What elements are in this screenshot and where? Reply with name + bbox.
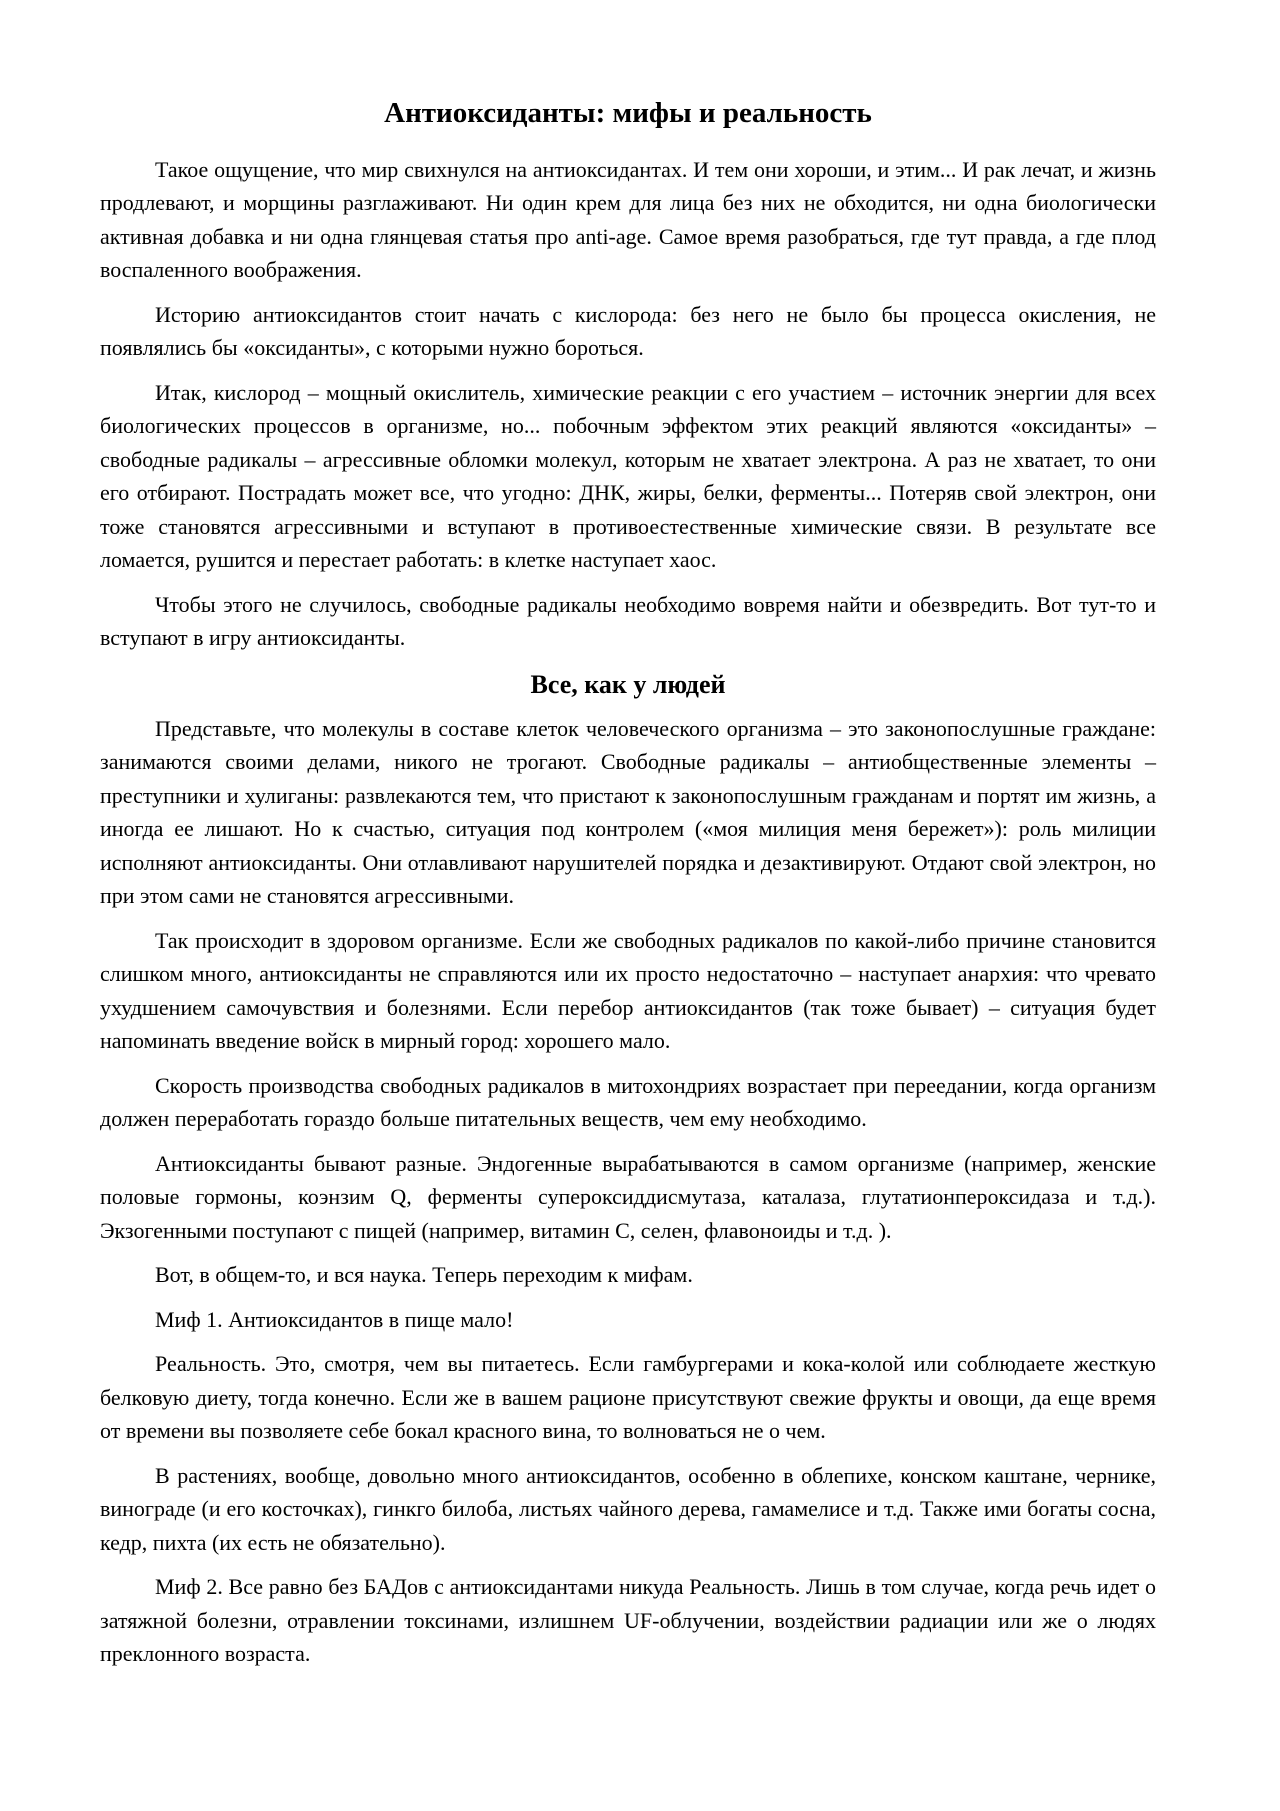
section-heading: Все, как у людей bbox=[100, 669, 1156, 700]
paragraph-intro-3: Итак, кислород – мощный окислитель, хими… bbox=[100, 376, 1156, 577]
paragraph-section-3: Скорость производства свободных радикало… bbox=[100, 1069, 1156, 1136]
paragraph-intro-2: Историю антиоксидантов стоит начать с ки… bbox=[100, 298, 1156, 365]
document-page: Антиоксиданты: мифы и реальность Такое о… bbox=[0, 0, 1280, 1811]
paragraph-section-2: Так происходит в здоровом организме. Есл… bbox=[100, 924, 1156, 1058]
paragraph-section-4: Антиоксиданты бывают разные. Эндогенные … bbox=[100, 1147, 1156, 1248]
paragraph-section-5: Вот, в общем-то, и вся наука. Теперь пер… bbox=[100, 1258, 1156, 1292]
paragraph-reality-1: Реальность. Это, смотря, чем вы питаетес… bbox=[100, 1347, 1156, 1448]
paragraph-intro-1: Такое ощущение, что мир свихнулся на ант… bbox=[100, 153, 1156, 287]
paragraph-intro-4: Чтобы этого не случилось, свободные ради… bbox=[100, 588, 1156, 655]
paragraph-myth-2: Миф 2. Все равно без БАДов с антиоксидан… bbox=[100, 1570, 1156, 1671]
paragraph-section-1: Представьте, что молекулы в составе клет… bbox=[100, 712, 1156, 913]
paragraph-plants: В растениях, вообще, довольно много анти… bbox=[100, 1459, 1156, 1560]
document-title: Антиоксиданты: мифы и реальность bbox=[100, 96, 1156, 131]
paragraph-myth-1: Миф 1. Антиоксидантов в пище мало! bbox=[100, 1303, 1156, 1337]
